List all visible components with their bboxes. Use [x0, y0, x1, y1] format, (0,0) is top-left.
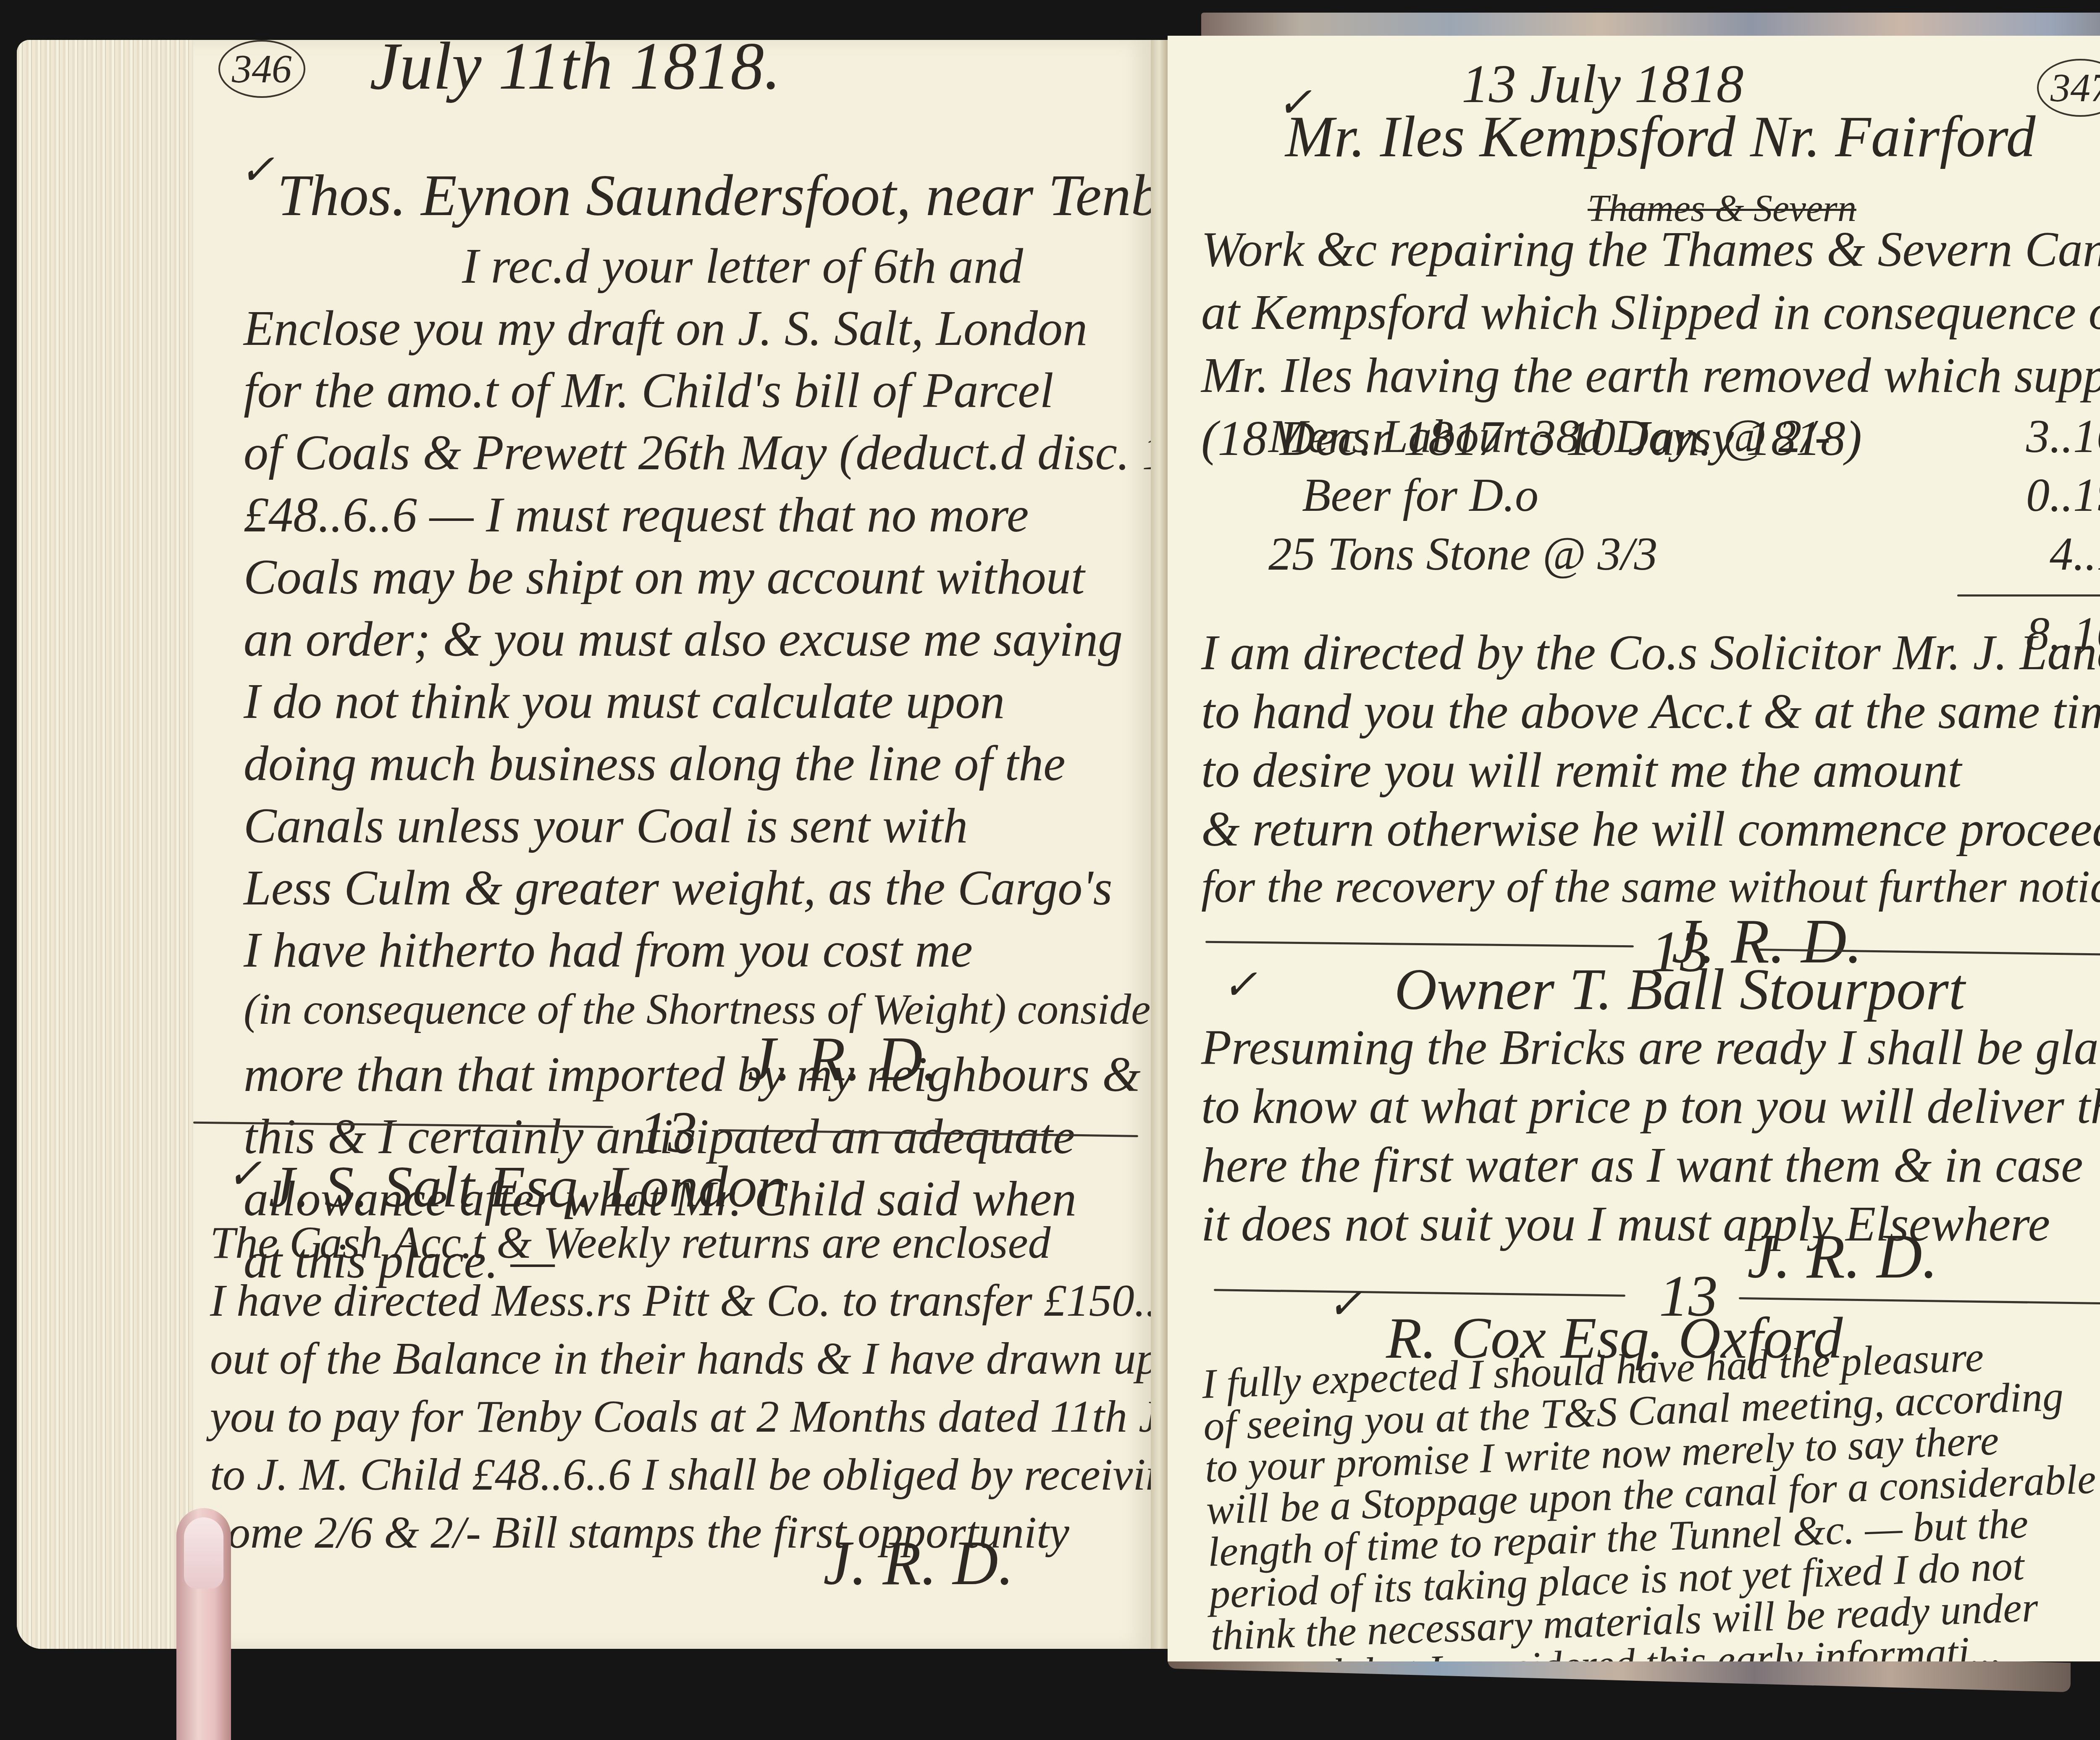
letter-line: Enclose you my draft on J. S. Salt, Lond… — [244, 304, 1243, 366]
section-divider — [1205, 941, 1634, 948]
letter-line: Less Culm & greater weight, as the Cargo… — [244, 863, 1243, 925]
signature: J. R. D. — [748, 1023, 938, 1095]
letter-line: for the amo.t of Mr. Child's bill of Par… — [244, 366, 1243, 428]
check-mark-icon: ✓ — [1327, 1279, 1362, 1328]
letter-body: Presuming the Bricks are ready I shall b… — [1201, 1023, 2100, 1258]
letter-line: to J. M. Child £48..6..6 I shall be obli… — [210, 1452, 1281, 1510]
letter-line: it does not suit you I must apply Elsewh… — [1201, 1199, 2100, 1258]
letter-line: I am directed by the Co.s Solicitor Mr. … — [1201, 628, 2100, 687]
account-row: Mens Labour 38d Days @ 2/- 3..16..0 — [1268, 410, 2100, 468]
section-divider — [1214, 1289, 1625, 1297]
letter-line: of Coals & Prewett 26th May (deduct.d di… — [244, 428, 1243, 490]
letter-body: The Cash Acc.t & Weekly returns are encl… — [210, 1220, 1281, 1568]
account-item-amount: 0..19..0 — [2026, 468, 2100, 523]
account-item-amount: 4..1..3 — [2050, 527, 2100, 581]
letter-line: Mr. Iles having the earth removed which … — [1201, 351, 2100, 414]
date-heading: July 11th 1818. — [370, 27, 781, 105]
letter-body: I rec.d your letter of 6th and Enclose y… — [244, 242, 1243, 1298]
check-mark-icon: ✓ — [1222, 960, 1257, 1009]
letter-line: Coals may be shipt on my account without — [244, 552, 1243, 615]
letter-line: I do not think you must calculate upon — [244, 677, 1243, 739]
book-gutter — [1151, 40, 1168, 1649]
letter-line: to know at what price p ton you will del… — [1201, 1082, 2100, 1141]
total-rule — [1957, 594, 2100, 597]
left-page: 346 July 11th 1818. ✓ Thos. Eynon Saunde… — [17, 40, 1151, 1649]
left-page-writing: 346 July 11th 1818. ✓ Thos. Eynon Saunde… — [193, 40, 1151, 1649]
letter-line: Work &c repairing the Thames & Severn Ca… — [1201, 225, 2100, 288]
letter-addressee: Mr. Iles Kempsford Nr. Fairford — [1285, 103, 2035, 171]
letter-line: out of the Balance in their hands & I ha… — [210, 1336, 1281, 1394]
letter-addressee: J. S. Salt Esq. London — [269, 1153, 787, 1221]
letter-line: The Cash Acc.t & Weekly returns are encl… — [210, 1220, 1281, 1278]
account-item-label: Mens Labour 38d Days @ 2/- — [1268, 410, 1830, 464]
letter-line: & return otherwise he will commence proc… — [1201, 804, 2100, 863]
letter-line: you to pay for Tenby Coals at 2 Months d… — [210, 1394, 1281, 1452]
page-number: 347 — [2037, 59, 2100, 117]
signature: J. R. D. — [1747, 1220, 1938, 1293]
marbled-book-edge-top — [1201, 13, 2100, 38]
letter-body: I fully expected I should have had the p… — [1201, 1332, 2100, 1699]
thumb — [176, 1508, 231, 1740]
account-item-label: 25 Tons Stone @ 3/3 — [1268, 527, 1658, 581]
letter-line: I have directed Mess.rs Pitt & Co. to tr… — [210, 1278, 1281, 1336]
letter-line: £48..6..6 — I must request that no more — [244, 490, 1243, 552]
letter-line: (in consequence of the Shortness of Weig… — [244, 988, 1243, 1050]
letter-line: I have hitherto had from you cost me — [244, 925, 1243, 988]
letter-line: for the recovery of the same without fur… — [1201, 863, 2100, 922]
account-table: Mens Labour 38d Days @ 2/- 3..16..0 Beer… — [1268, 410, 2100, 586]
account-row: 25 Tons Stone @ 3/3 4..1..3 — [1268, 527, 2100, 586]
letter-line: to hand you the above Acc.t & at the sam… — [1201, 687, 2100, 746]
letter-line: here the first water as I want them & in… — [1201, 1141, 2100, 1199]
letter-line: at Kempsford which Slipped in consequenc… — [1201, 288, 2100, 351]
letter-line: doing much business along the line of th… — [244, 739, 1243, 801]
letter-line: an order; & you must also excuse me sayi… — [244, 615, 1243, 677]
stacked-page-edges — [17, 40, 193, 1649]
page-number: 346 — [218, 40, 305, 98]
check-mark-icon: ✓ — [239, 145, 275, 194]
letter-line: Canals unless your Coal is sent with — [244, 801, 1243, 863]
account-item-amount: 3..16..0 — [2026, 410, 2100, 464]
right-page: 347 ✓ 13 July 1818 Mr. Iles Kempsford Nr… — [1168, 36, 2100, 1661]
letter-line: I rec.d your letter of 6th and — [462, 242, 1243, 304]
check-mark-icon: ✓ — [227, 1149, 262, 1198]
letter-line: to desire you will remit me the amount — [1201, 746, 2100, 804]
account-row: Beer for D.o 0..19..0 — [1268, 468, 2100, 527]
letter-line: Presuming the Bricks are ready I shall b… — [1201, 1023, 2100, 1082]
signature: J. R. D. — [823, 1527, 1014, 1599]
letter-addressee: Thos. Eynon Saundersfoot, near Tenby. — [277, 162, 1198, 229]
letter-line: some 2/6 & 2/- Bill stamps the first opp… — [210, 1510, 1281, 1568]
letter-body: I am directed by the Co.s Solicitor Mr. … — [1201, 628, 2100, 922]
thumbnail-nail — [184, 1517, 223, 1589]
letter-addressee: Owner T. Ball Stourport — [1394, 956, 1965, 1023]
account-item-label: Beer for D.o — [1302, 468, 1538, 523]
letter-line: more than that imported by my neighbours… — [244, 1050, 1243, 1112]
